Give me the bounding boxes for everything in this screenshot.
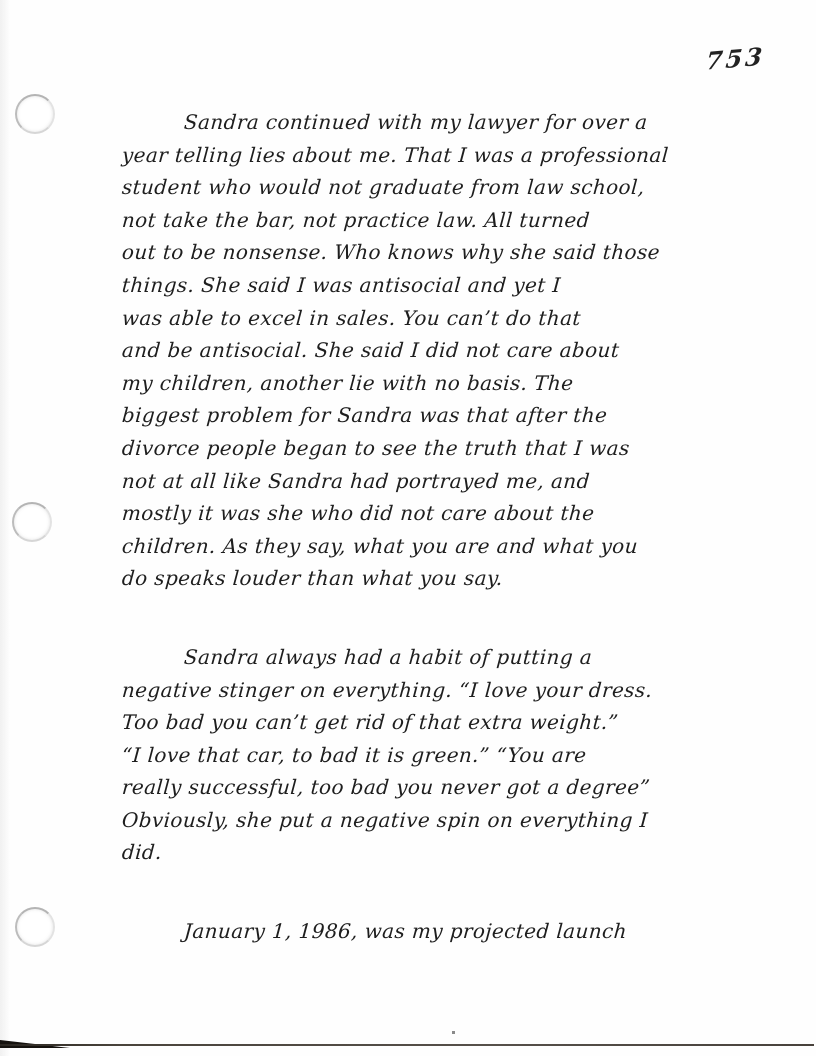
handwritten-line: things. She said I was antisocial and ye… bbox=[121, 269, 709, 302]
page-number: 753 bbox=[705, 41, 766, 75]
handwritten-line: January 1, 1986, was my projected launch bbox=[121, 915, 709, 948]
handwritten-line: did. bbox=[121, 836, 709, 869]
handwritten-line: year telling lies about me. That I was a… bbox=[121, 139, 709, 172]
hole-punch-bottom bbox=[15, 907, 55, 947]
handwritten-line: Obviously, she put a negative spin on ev… bbox=[121, 804, 709, 837]
handwritten-line: student who would not graduate from law … bbox=[121, 171, 709, 204]
scan-edge-line bbox=[0, 1044, 814, 1046]
handwritten-line: Too bad you can’t get rid of that extra … bbox=[121, 706, 709, 739]
hole-punch-top bbox=[15, 94, 55, 134]
handwritten-line: children. As they say, what you are and … bbox=[121, 530, 709, 563]
handwritten-line: not at all like Sandra had portrayed me,… bbox=[121, 465, 709, 498]
handwritten-line: really successful, too bad you never got… bbox=[121, 771, 709, 804]
hole-punch-middle bbox=[12, 502, 52, 542]
paragraph: January 1, 1986, was my projected launch bbox=[122, 915, 708, 948]
scan-speck bbox=[452, 1031, 455, 1034]
handwritten-line: “I love that car, to bad it is green.” “… bbox=[121, 739, 709, 772]
handwritten-line: not take the bar, not practice law. All … bbox=[121, 204, 709, 237]
scanned-document-page: 753 Sandra continued with my lawyer for … bbox=[0, 0, 816, 1056]
paragraph: Sandra always had a habit of putting ane… bbox=[122, 641, 708, 869]
handwritten-line: out to be nonsense. Who knows why she sa… bbox=[121, 236, 709, 269]
manuscript-body: Sandra continued with my lawyer for over… bbox=[122, 106, 708, 994]
handwritten-line: negative stinger on everything. “I love … bbox=[121, 674, 709, 707]
handwritten-line: biggest problem for Sandra was that afte… bbox=[121, 399, 709, 432]
paragraph: Sandra continued with my lawyer for over… bbox=[122, 106, 708, 595]
handwritten-line: do speaks louder than what you say. bbox=[121, 562, 709, 595]
handwritten-line: and be antisocial. She said I did not ca… bbox=[121, 334, 709, 367]
handwritten-line: was able to excel in sales. You can’t do… bbox=[121, 302, 709, 335]
handwritten-line: mostly it was she who did not care about… bbox=[121, 497, 709, 530]
handwritten-line: Sandra always had a habit of putting a bbox=[121, 641, 709, 674]
handwritten-line: Sandra continued with my lawyer for over… bbox=[121, 106, 709, 139]
handwritten-line: divorce people began to see the truth th… bbox=[121, 432, 709, 465]
handwritten-line: my children, another lie with no basis. … bbox=[121, 367, 709, 400]
